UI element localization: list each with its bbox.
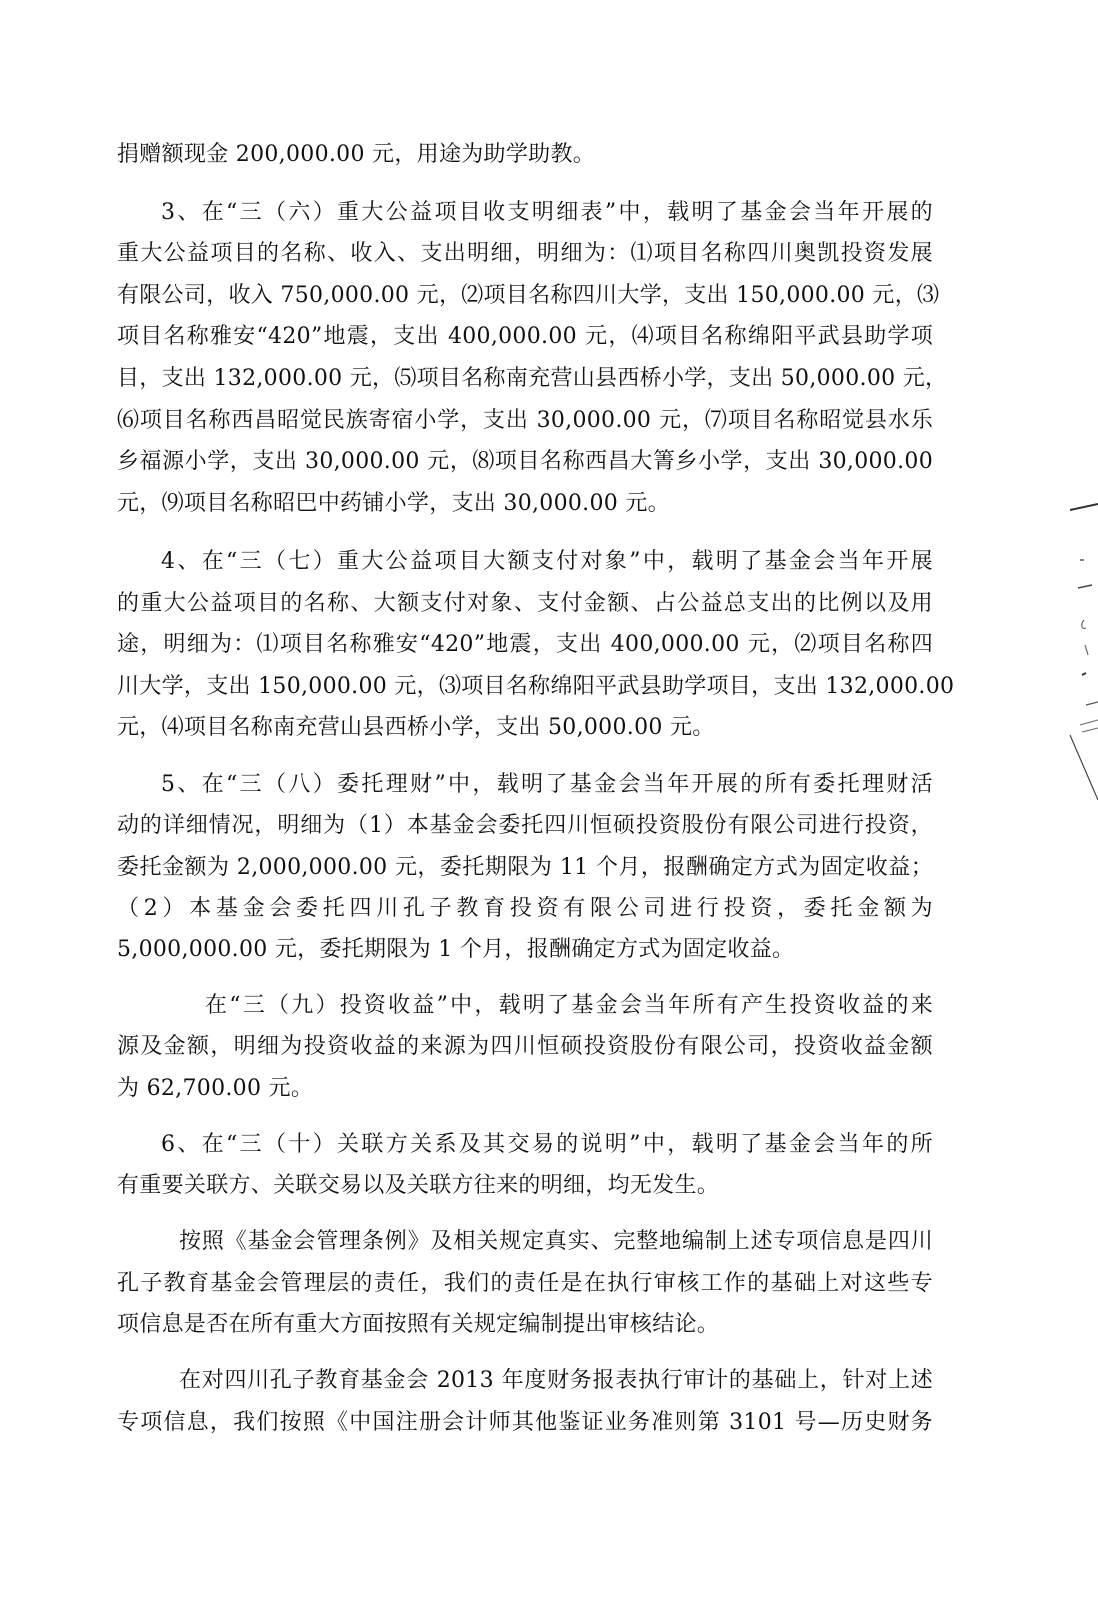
text-line: 在对四川孔子教育基金会 2013 年度财务报表执行审计的基础上，针对上述 <box>179 1366 933 1396</box>
text-line: 途，明细为：⑴项目名称雅安“420”地震，支出 400,000.00 元，⑵项目… <box>117 630 933 660</box>
text-line: 有限公司，收入 750,000.00 元，⑵项目名称四川大学，支出 150,00… <box>117 281 933 311</box>
text-line: 为 62,700.00 元。 <box>117 1074 313 1104</box>
text-line: ⑹项目名称西昌昭觉民族寄宿小学，支出 30,000.00 元，⑺项目名称昭觉县水… <box>117 406 933 436</box>
text-line: （2）本基金会委托四川孔子教育投资有限公司进行投资，委托金额为 <box>117 894 933 924</box>
text-line: 按照《基金会管理条例》及相关规定真实、完整地编制上述专项信息是四川 <box>179 1227 933 1257</box>
text-line: 有重要关联方、关联交易以及关联方往来的明细，均无发生。 <box>117 1171 719 1201</box>
text-line: 项目名称雅安“420”地震，支出 400,000.00 元，⑷项目名称绵阳平武县… <box>117 322 933 352</box>
partial-seal-mark <box>1040 470 1098 800</box>
text-line: 元，⑼项目名称昭巴中药铺小学，支出 30,000.00 元。 <box>117 489 670 519</box>
text-line: 乡福源小学，支出 30,000.00 元，⑻项目名称西昌大箐乡小学，支出 30,… <box>117 447 933 477</box>
text-line: 捐赠额现金 200,000.00 元，用途为助学助教。 <box>117 140 595 170</box>
text-line: 目，支出 132,000.00 元，⑸项目名称南充营山县西桥小学，支出 50,0… <box>117 364 933 394</box>
text-line: 3、在“三（六）重大公益项目收支明细表”中，载明了基金会当年开展的 <box>161 198 933 228</box>
text-line: 4、在“三（七）重大公益项目大额支付对象”中，载明了基金会当年开展 <box>161 547 933 577</box>
text-line: 源及金额，明细为投资收益的来源为四川恒硕投资股份有限公司，投资收益金额 <box>117 1032 933 1062</box>
text-line: 动的详细情况，明细为（1）本基金会委托四川恒硕投资股份有限公司进行投资， <box>117 811 933 841</box>
text-line: 在“三（九）投资收益”中，载明了基金会当年所有产生投资收益的来 <box>205 991 933 1021</box>
text-line: 委托金额为 2,000,000.00 元，委托期限为 11 个月，报酬确定方式为… <box>117 853 933 883</box>
text-line: 元，⑷项目名称南充营山县西桥小学，支出 50,000.00 元。 <box>117 713 715 743</box>
text-line: 孔子教育基金会管理层的责任，我们的责任是在执行审核工作的基础上对这些专 <box>117 1269 933 1299</box>
text-line: 项信息是否在所有重大方面按照有关规定编制提出审核结论。 <box>117 1310 719 1340</box>
text-line: 的重大公益项目的名称、大额支付对象、支付金额、占公益总支出的比例以及用 <box>117 589 933 619</box>
text-line: 重大公益项目的名称、收入、支出明细，明细为：⑴项目名称四川奥凯投资发展 <box>117 239 933 269</box>
text-line: 6、在“三（十）关联方关系及其交易的说明”中，载明了基金会当年的所 <box>161 1130 933 1160</box>
text-line: 5,000,000.00 元，委托期限为 1 个月，报酬确定方式为固定收益。 <box>117 935 794 965</box>
text-line: 川大学，支出 150,000.00 元，⑶项目名称绵阳平武县助学项目，支出 13… <box>117 672 933 702</box>
text-line: 专项信息，我们按照《中国注册会计师其他鉴证业务准则第 3101 号—历史财务 <box>117 1408 933 1438</box>
text-line: 5、在“三（八）委托理财”中，载明了基金会当年开展的所有委托理财活 <box>161 770 933 800</box>
